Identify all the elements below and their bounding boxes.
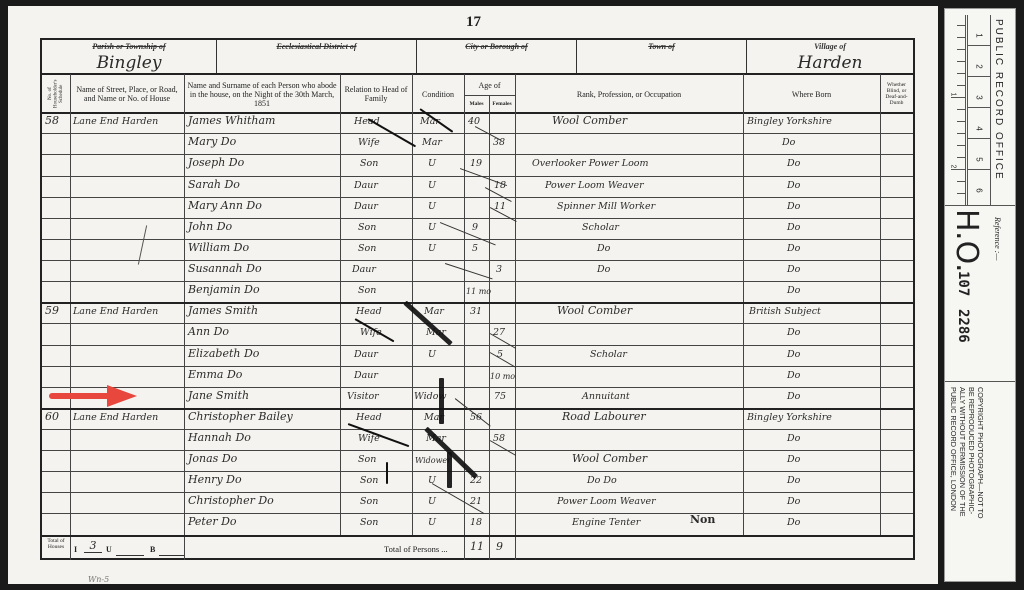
birthplace: British Subject bbox=[749, 306, 821, 317]
tally-mark bbox=[386, 462, 388, 484]
relation: Head bbox=[356, 412, 382, 423]
tally-mark bbox=[439, 378, 444, 424]
person-name: Mary Ann Do bbox=[188, 199, 262, 212]
male-age: 11 mo bbox=[466, 287, 491, 296]
row-line bbox=[42, 154, 913, 155]
condition: Mar bbox=[422, 137, 442, 148]
relation: Daur bbox=[354, 370, 378, 381]
census-table: Parish or Township of Bingley Ecclesiast… bbox=[40, 38, 915, 560]
relation: Son bbox=[358, 222, 376, 233]
condition: U bbox=[428, 158, 436, 169]
header-parish-label: Parish or Township of bbox=[42, 42, 216, 51]
tally-mark bbox=[447, 452, 452, 488]
building-blank bbox=[159, 555, 184, 556]
row-line bbox=[42, 197, 913, 198]
schedule-number: 59 bbox=[45, 304, 59, 317]
relation: Son bbox=[358, 454, 376, 465]
header-city-borough: City or Borough of bbox=[417, 40, 577, 74]
male-age: 19 bbox=[470, 158, 482, 169]
row-line bbox=[42, 513, 913, 514]
column-line bbox=[489, 96, 490, 560]
person-name: James Whitham bbox=[188, 114, 275, 127]
frame-box-number: 4 bbox=[974, 126, 983, 130]
relation: Daur bbox=[354, 180, 378, 191]
row-line bbox=[42, 492, 913, 493]
occupation: Engine Tenter bbox=[572, 517, 640, 528]
occupation: Scholar bbox=[582, 222, 619, 233]
occupation: Do bbox=[597, 264, 610, 275]
birthplace: Do bbox=[782, 137, 795, 148]
copyright-line: PUBLIC RECORD OFFICE, LONDON bbox=[949, 387, 958, 577]
reference-folio: 2286 bbox=[955, 309, 971, 343]
relation: Head bbox=[356, 306, 382, 317]
column-line bbox=[340, 74, 341, 536]
male-age: 5 bbox=[472, 243, 478, 254]
inhabited-prefix: I bbox=[74, 545, 77, 554]
copyright-line: ALLY WITHOUT PERMISSION OF THE bbox=[958, 387, 967, 577]
measurement-ruler: 1 2 bbox=[947, 15, 966, 205]
street-address: Lane End Harden bbox=[73, 306, 158, 317]
relation: Daur bbox=[354, 201, 378, 212]
col-header-blind: Whether Blind, or Deaf-and-Dumb bbox=[880, 75, 913, 113]
relation: Visitor bbox=[347, 391, 379, 402]
row-line bbox=[42, 429, 913, 430]
column-line bbox=[515, 74, 516, 560]
total-males: 11 bbox=[470, 540, 484, 553]
bracket-mark bbox=[138, 225, 147, 264]
occupation: Do Do bbox=[587, 475, 617, 486]
person-name: Emma Do bbox=[188, 368, 242, 381]
reference-piece: 107 bbox=[955, 271, 971, 296]
divider bbox=[945, 205, 1015, 206]
row-line bbox=[42, 471, 913, 472]
col-header-males: Males bbox=[464, 96, 489, 112]
male-age: 18 bbox=[470, 517, 482, 528]
ruler-label: 2 bbox=[949, 165, 956, 169]
occupation: Wool Comber bbox=[557, 304, 632, 317]
person-name-highlighted: Jane Smith bbox=[188, 389, 249, 402]
condition: U bbox=[428, 496, 436, 507]
birthplace: Do bbox=[787, 327, 800, 338]
birthplace: Do bbox=[787, 475, 800, 486]
row-line bbox=[42, 176, 913, 177]
birthplace: Do bbox=[787, 285, 800, 296]
condition: U bbox=[428, 180, 436, 191]
female-age: 75 bbox=[494, 391, 506, 402]
col-header-females: Females bbox=[489, 96, 515, 112]
frame-box-number: 6 bbox=[974, 188, 983, 192]
condition: Mar bbox=[424, 306, 444, 317]
birthplace: Do bbox=[787, 243, 800, 254]
page-number: 17 bbox=[466, 14, 481, 31]
col-header-schedule: No. of Householder's Schedule bbox=[42, 75, 70, 113]
schedule-number: 58 bbox=[45, 114, 59, 127]
row-line bbox=[42, 387, 913, 388]
occupation: Wool Comber bbox=[552, 114, 627, 127]
occupation: Road Labourer bbox=[562, 410, 646, 423]
relation: Son bbox=[360, 496, 378, 507]
occupation: Scholar bbox=[590, 349, 627, 360]
person-name: Benjamin Do bbox=[188, 283, 260, 296]
column-line bbox=[743, 74, 744, 536]
col-header-age: Age of bbox=[464, 75, 515, 95]
public-record-office-title: PUBLIC RECORD OFFICE bbox=[993, 19, 1004, 181]
household-divider bbox=[42, 302, 913, 304]
relation: Daur bbox=[354, 349, 378, 360]
col-header-relation: Relation to Head of Family bbox=[340, 75, 412, 113]
total-females: 9 bbox=[496, 540, 503, 553]
female-age: 3 bbox=[496, 264, 502, 275]
col-header-where-born: Where Born bbox=[743, 75, 880, 113]
relation: Son bbox=[360, 475, 378, 486]
condition: U bbox=[428, 349, 436, 360]
row-line bbox=[42, 323, 913, 324]
column-line bbox=[70, 74, 71, 560]
person-name: Elizabeth Do bbox=[188, 347, 259, 360]
frame-box-number: 3 bbox=[974, 95, 983, 99]
header-city-label: City or Borough of bbox=[417, 42, 576, 51]
col-header-name: Name and Surname of each Person who abod… bbox=[184, 75, 340, 113]
row-line bbox=[42, 239, 913, 240]
ruler-label: 1 bbox=[949, 93, 956, 97]
archive-reference-strip: 1 2 1 2 3 4 5 6 PUBLIC RECORD OFFICE H.O… bbox=[944, 8, 1016, 582]
person-name: John Do bbox=[188, 220, 232, 233]
column-line bbox=[880, 74, 881, 536]
row-line bbox=[42, 450, 913, 451]
uninhabited-prefix: U bbox=[106, 545, 112, 554]
header-town: Town of bbox=[577, 40, 747, 74]
person-name: Henry Do bbox=[188, 473, 242, 486]
row-line bbox=[42, 366, 913, 367]
header-town-label: Town of bbox=[577, 42, 746, 51]
uninhabited-blank bbox=[116, 555, 144, 556]
col-header-street: Name of Street, Place, or Road, and Name… bbox=[70, 75, 184, 113]
birthplace: Do bbox=[787, 349, 800, 360]
occupation: Overlooker Power Loom bbox=[532, 158, 649, 169]
birthplace: Do bbox=[787, 496, 800, 507]
frame-box-number: 2 bbox=[974, 64, 983, 68]
building-prefix: B bbox=[150, 545, 155, 554]
frame-box-number: 1 bbox=[974, 33, 983, 37]
row-line bbox=[42, 281, 913, 282]
reference-label: Reference :— bbox=[993, 217, 1002, 260]
frame-box-number: 5 bbox=[974, 157, 983, 161]
condition: U bbox=[428, 517, 436, 528]
inhabited-count: 3 bbox=[84, 539, 102, 553]
column-line bbox=[184, 74, 185, 560]
condition: Widower bbox=[415, 456, 451, 465]
male-age: 9 bbox=[472, 222, 478, 233]
person-name: Peter Do bbox=[188, 515, 237, 528]
col-header-occupation: Rank, Profession, or Occupation bbox=[515, 75, 743, 113]
relation: Wife bbox=[358, 137, 380, 148]
header-parish-value: Bingley bbox=[42, 53, 216, 73]
birthplace: Do bbox=[787, 201, 800, 212]
occupation: Do bbox=[597, 243, 610, 254]
row-line bbox=[42, 345, 913, 346]
birthplace: Do bbox=[787, 222, 800, 233]
person-name: James Smith bbox=[188, 304, 258, 317]
birthplace: Bingley Yorkshire bbox=[747, 412, 832, 423]
person-name: Hannah Do bbox=[188, 431, 251, 444]
bottom-mark: Wn-5 bbox=[88, 575, 109, 584]
street-address: Lane End Harden bbox=[73, 412, 158, 423]
birthplace: Do bbox=[787, 433, 800, 444]
birthplace: Do bbox=[787, 370, 800, 381]
birthplace: Do bbox=[787, 158, 800, 169]
relation: Son bbox=[358, 243, 376, 254]
person-name: Susannah Do bbox=[188, 262, 262, 275]
column-line bbox=[464, 74, 465, 560]
birthplace: Do bbox=[787, 391, 800, 402]
birthplace: Do bbox=[787, 180, 800, 191]
header-ecclesiastical-label: Ecclesiastical District of bbox=[217, 42, 416, 51]
occupation: Spinner Mill Worker bbox=[557, 201, 655, 212]
frame-number-boxes: 1 2 3 4 5 6 bbox=[967, 15, 991, 205]
condition: U bbox=[428, 243, 436, 254]
divider bbox=[42, 112, 913, 114]
male-age: 31 bbox=[470, 306, 482, 317]
male-age: 40 bbox=[468, 116, 480, 127]
copyright-notice: COPYRIGHT PHOTOGRAPH—NOT TO BE REPRODUCE… bbox=[949, 387, 985, 577]
occupation: Wool Comber bbox=[572, 452, 647, 465]
person-name: Sarah Do bbox=[188, 178, 240, 191]
highlight-arrow-icon bbox=[49, 385, 137, 407]
birthplace: Do bbox=[787, 454, 800, 465]
person-name: Joseph Do bbox=[188, 156, 244, 169]
total-persons-label: Total of Persons ... bbox=[384, 544, 448, 554]
row-line bbox=[42, 133, 913, 134]
copyright-line: BE REPRODUCED PHOTOGRAPHIC- bbox=[967, 387, 976, 577]
occupation: Power Loom Weaver bbox=[545, 180, 644, 191]
person-name: Christopher Bailey bbox=[188, 410, 293, 423]
relation: Son bbox=[360, 158, 378, 169]
female-age: 10 mo bbox=[490, 372, 515, 381]
relation: Daur bbox=[352, 264, 376, 275]
birthplace: Do bbox=[787, 517, 800, 528]
header-village-value: Harden bbox=[747, 53, 913, 73]
birthplace: Do bbox=[787, 264, 800, 275]
schedule-number: 60 bbox=[45, 410, 59, 423]
header-village: Village of Harden bbox=[747, 40, 913, 74]
person-name: Christopher Do bbox=[188, 494, 274, 507]
row-line bbox=[42, 218, 913, 219]
row-line bbox=[42, 260, 913, 261]
header-parish: Parish or Township of Bingley bbox=[42, 40, 217, 74]
reference-prefix: H.O. bbox=[951, 209, 981, 273]
person-name: Jonas Do bbox=[188, 452, 237, 465]
annotation-note: Non bbox=[690, 513, 715, 526]
person-name: Ann Do bbox=[188, 325, 229, 338]
street-address: Lane End Harden bbox=[73, 116, 158, 127]
household-divider bbox=[42, 408, 913, 410]
occupation: Annuitant bbox=[582, 391, 630, 402]
condition: U bbox=[428, 201, 436, 212]
totals-divider bbox=[42, 535, 913, 537]
relation: Son bbox=[360, 517, 378, 528]
header-ecclesiastical: Ecclesiastical District of bbox=[217, 40, 417, 74]
birthplace: Bingley Yorkshire bbox=[747, 116, 832, 127]
total-houses-label: Total of Houses bbox=[44, 538, 68, 550]
relation: Son bbox=[358, 285, 376, 296]
occupation: Power Loom Weaver bbox=[557, 496, 656, 507]
person-name: William Do bbox=[188, 241, 249, 254]
divider bbox=[945, 381, 1015, 382]
copyright-line: COPYRIGHT PHOTOGRAPH—NOT TO bbox=[976, 387, 985, 577]
header-village-label: Village of bbox=[747, 42, 913, 51]
person-name: Mary Do bbox=[188, 135, 236, 148]
condition: U bbox=[428, 222, 436, 233]
